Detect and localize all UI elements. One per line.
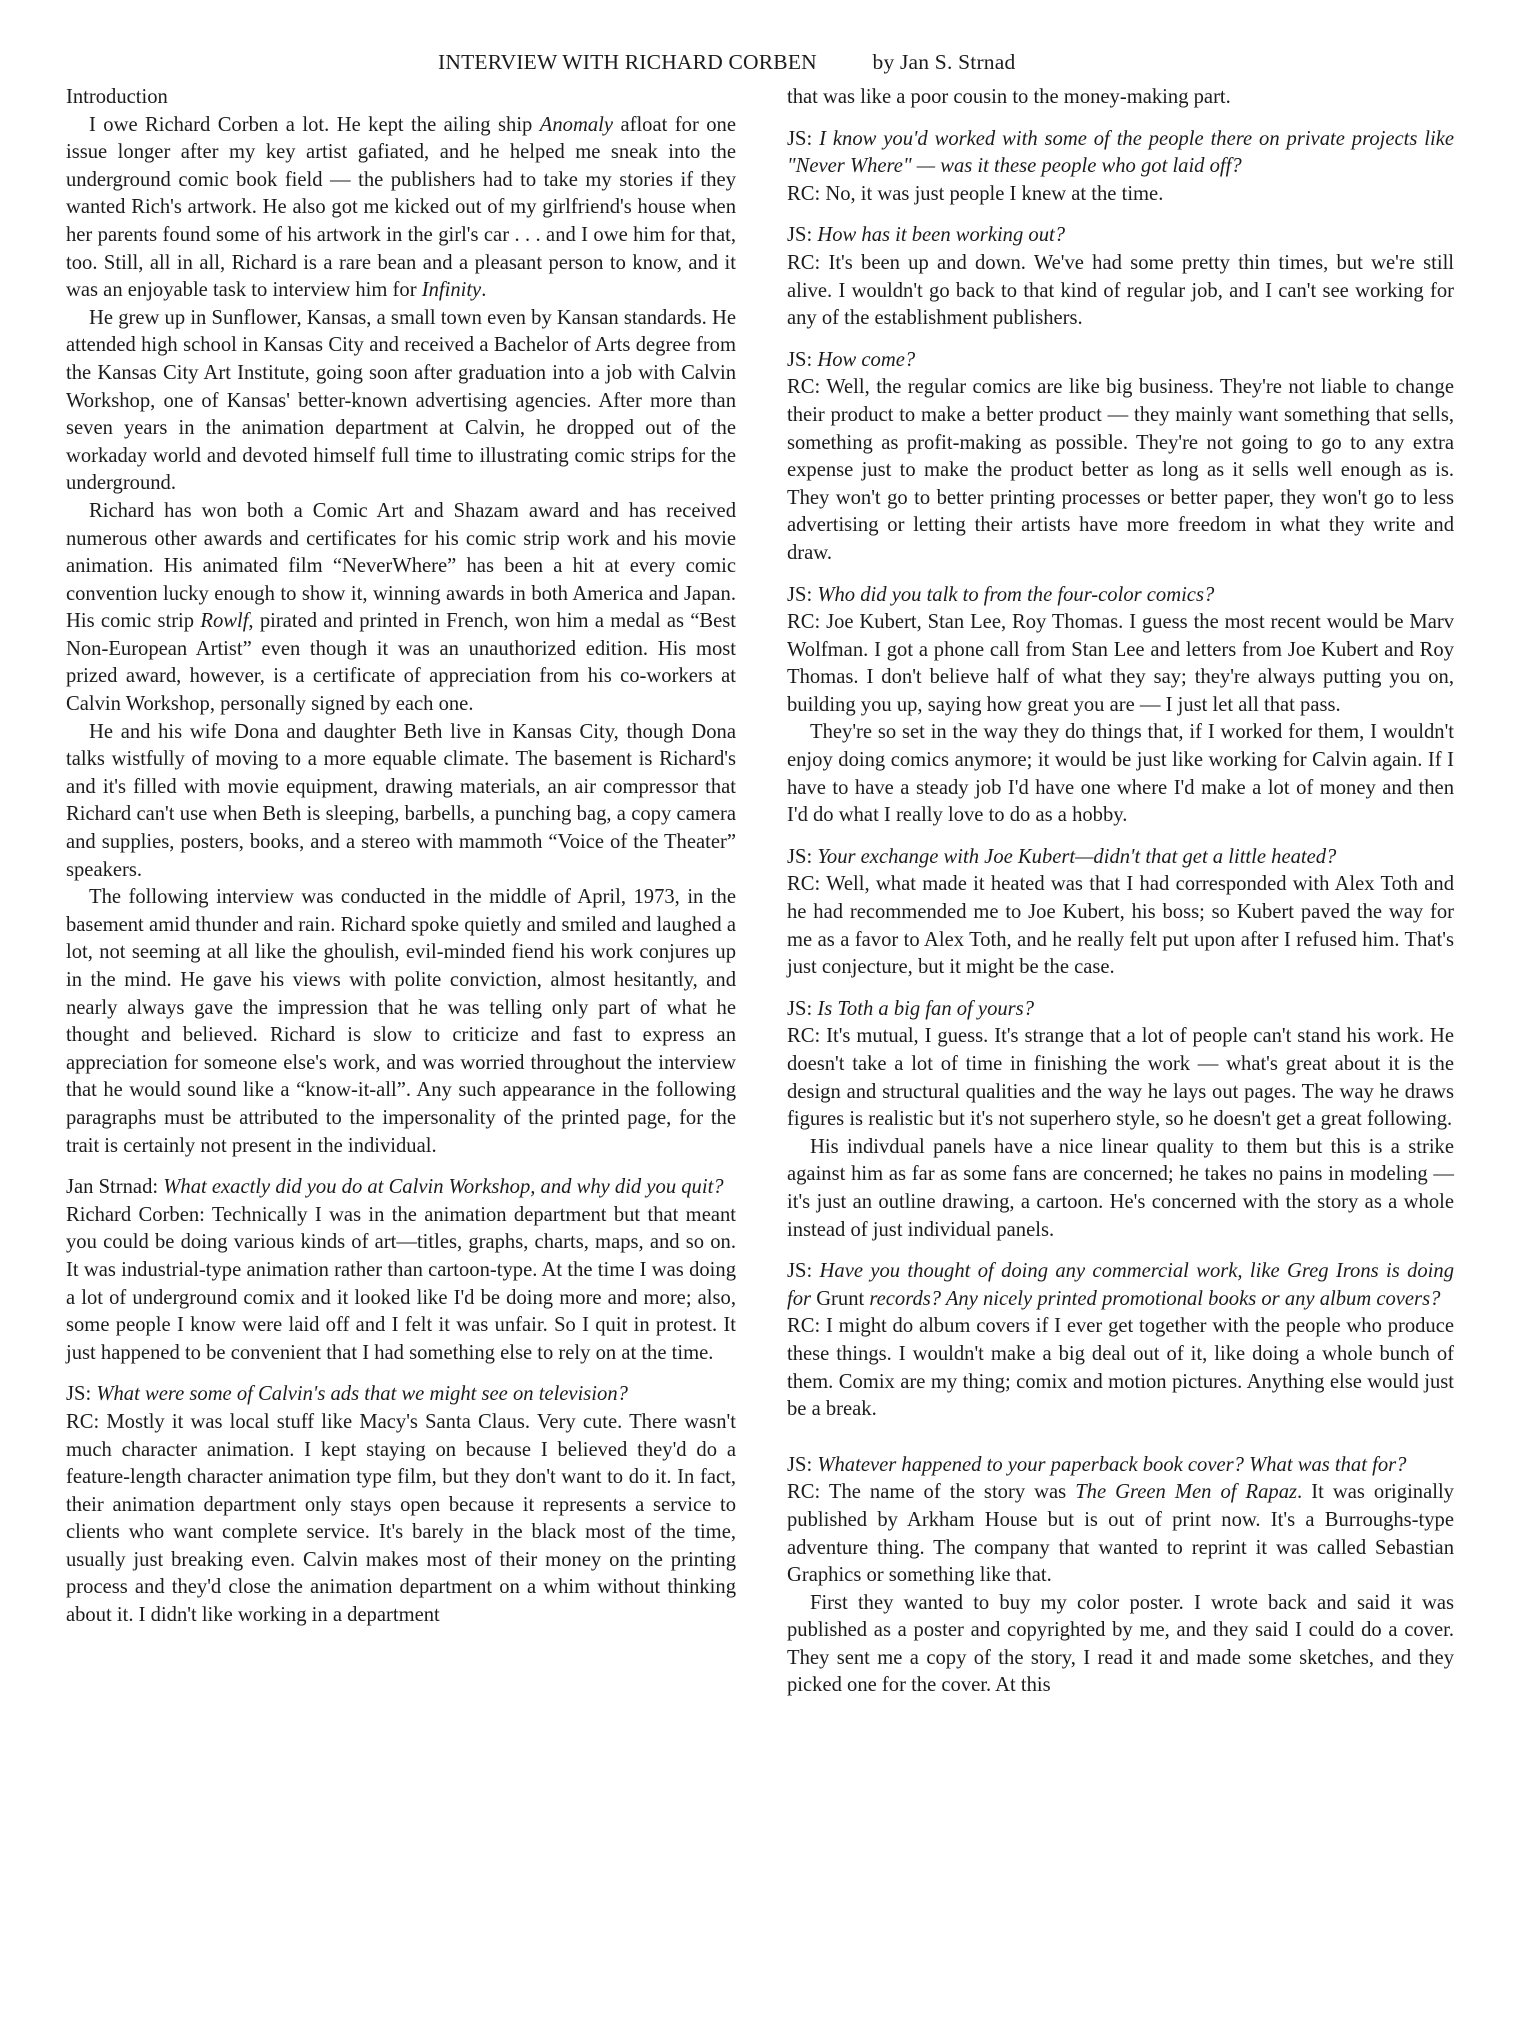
question-text: How has it been working out? — [817, 224, 1065, 246]
answer-text: I might do album covers if I ever get to… — [787, 1315, 1454, 1420]
answer: RC: Joe Kubert, Stan Lee, Roy Thomas. I … — [787, 609, 1454, 719]
answer-text: Mostly it was local stuff like Macy's Sa… — [66, 1411, 736, 1626]
answer: RC: It's mutual, I guess. It's strange t… — [787, 1023, 1454, 1133]
answer: RC: I might do album covers if I ever ge… — [787, 1313, 1454, 1423]
answer-text: Technically I was in the animation depar… — [66, 1204, 736, 1364]
speaker-label: RC: — [787, 1025, 826, 1047]
question-text: Who did you talk to from the four-color … — [817, 584, 1214, 606]
question-text: Is Toth a big fan of yours? — [817, 998, 1034, 1020]
speaker-label: JS: — [787, 1260, 820, 1282]
article-byline: by Jan S. Strnad — [873, 50, 1016, 75]
answer: RC: Mostly it was local stuff like Macy'… — [66, 1409, 736, 1630]
speaker-label: Jan Strnad: — [66, 1176, 163, 1198]
speaker-label: RC: — [66, 1411, 106, 1433]
qa-block: JS: How come? RC: Well, the regular comi… — [787, 347, 1454, 568]
question: JS: Is Toth a big fan of yours? — [787, 996, 1454, 1024]
qa-block: JS: How has it been working out? RC: It'… — [787, 222, 1454, 332]
speaker-label: JS: — [787, 584, 817, 606]
question: JS: What were some of Calvin's ads that … — [66, 1381, 736, 1409]
speaker-label: RC: — [787, 611, 826, 633]
answer-text: The name of the story was — [829, 1481, 1075, 1503]
qa-block: Jan Strnad: What exactly did you do at C… — [66, 1174, 736, 1367]
question-text: How come? — [817, 349, 915, 371]
question-text: I know you'd worked with some of the peo… — [787, 128, 1454, 178]
continued-answer: that was like a poor cousin to the money… — [787, 84, 1454, 112]
answer: Richard Corben: Technically I was in the… — [66, 1202, 736, 1368]
speaker-label: JS: — [787, 224, 817, 246]
speaker-label: RC: — [787, 873, 826, 895]
question-text: Whatever happened to your paperback book… — [817, 1454, 1406, 1476]
left-column: Introduction I owe Richard Corben a lot.… — [66, 84, 736, 1630]
question: JS: How come? — [787, 347, 1454, 375]
speaker-label: RC: — [787, 252, 828, 274]
question-text: What exactly did you do at Calvin Worksh… — [163, 1176, 723, 1198]
answer: RC: Well, what made it heated was that I… — [787, 871, 1454, 981]
question-text-roman: Grunt — [816, 1288, 864, 1310]
intro-paragraph: I owe Richard Corben a lot. He kept the … — [66, 112, 736, 305]
answer-text: No, it was just people I knew at the tim… — [825, 183, 1163, 205]
question: JS: I know you'd worked with some of the… — [787, 126, 1454, 181]
qa-block: JS: Whatever happened to your paperback … — [787, 1452, 1454, 1700]
answer: RC: No, it was just people I knew at the… — [787, 181, 1454, 209]
qa-block: JS: What were some of Calvin's ads that … — [66, 1381, 736, 1629]
answer: RC: The name of the story was The Green … — [787, 1479, 1454, 1589]
speaker-label: RC: — [787, 183, 825, 205]
question: JS: How has it been working out? — [787, 222, 1454, 250]
question-text: Your exchange with Joe Kubert—didn't tha… — [817, 846, 1336, 868]
intro-paragraph: He and his wife Dona and daughter Beth l… — [66, 719, 736, 885]
qa-block: JS: Your exchange with Joe Kubert—didn't… — [787, 844, 1454, 982]
answer-continuation: His indivdual panels have a nice linear … — [787, 1134, 1454, 1244]
answer-text: Well, what made it heated was that I had… — [787, 873, 1454, 978]
article-header: INTERVIEW WITH RICHARD CORBEN by Jan S. … — [438, 50, 1015, 75]
text-run: . — [481, 279, 486, 301]
answer: RC: It's been up and down. We've had som… — [787, 250, 1454, 333]
question: JS: Whatever happened to your paperback … — [787, 1452, 1454, 1480]
answer-continuation: First they wanted to buy my color poster… — [787, 1590, 1454, 1700]
publication-title: Infinity — [422, 279, 481, 301]
speaker-label: RC: — [787, 376, 826, 398]
answer-text: Well, the regular comics are like big bu… — [787, 376, 1454, 564]
question-text: What were some of Calvin's ads that we m… — [96, 1383, 628, 1405]
answer-text: It's been up and down. We've had some pr… — [787, 252, 1454, 329]
speaker-label: JS: — [66, 1383, 96, 1405]
question-text: records? Any nicely printed promotional … — [864, 1288, 1440, 1310]
article-title: INTERVIEW WITH RICHARD CORBEN — [438, 50, 817, 75]
intro-paragraph: The following interview was conducted in… — [66, 884, 736, 1160]
publication-title: Rowlf — [200, 610, 248, 632]
intro-paragraph: He grew up in Sunflower, Kansas, a small… — [66, 305, 736, 498]
section-heading-introduction: Introduction — [66, 84, 736, 112]
speaker-label: RC: — [787, 1481, 829, 1503]
qa-block: JS: Have you thought of doing any commer… — [787, 1258, 1454, 1424]
speaker-label: JS: — [787, 349, 817, 371]
qa-block: JS: Is Toth a big fan of yours? RC: It's… — [787, 996, 1454, 1244]
text-run: I owe Richard Corben a lot. He kept the … — [89, 114, 540, 136]
text-run: afloat for one issue longer after my key… — [66, 114, 736, 302]
answer-text: It's mutual, I guess. It's strange that … — [787, 1025, 1454, 1130]
speaker-label: RC: — [787, 1315, 826, 1337]
story-title: The Green Men of Rapaz — [1075, 1481, 1297, 1503]
speaker-label: JS: — [787, 998, 817, 1020]
question: JS: Who did you talk to from the four-co… — [787, 582, 1454, 610]
speaker-label: JS: — [787, 128, 819, 150]
question: Jan Strnad: What exactly did you do at C… — [66, 1174, 736, 1202]
qa-block: JS: I know you'd worked with some of the… — [787, 126, 1454, 209]
right-column: that was like a poor cousin to the money… — [787, 84, 1454, 1700]
speaker-label: JS: — [787, 846, 817, 868]
answer-text: Joe Kubert, Stan Lee, Roy Thomas. I gues… — [787, 611, 1454, 716]
publication-title: Anomaly — [540, 114, 613, 136]
intro-paragraph: Richard has won both a Comic Art and Sha… — [66, 498, 736, 719]
speaker-label: JS: — [787, 1454, 817, 1476]
speaker-label: Richard Corben: — [66, 1204, 212, 1226]
question: JS: Have you thought of doing any commer… — [787, 1258, 1454, 1313]
qa-block: JS: Who did you talk to from the four-co… — [787, 582, 1454, 830]
answer: RC: Well, the regular comics are like bi… — [787, 374, 1454, 567]
answer-continuation: They're so set in the way they do things… — [787, 719, 1454, 829]
question: JS: Your exchange with Joe Kubert—didn't… — [787, 844, 1454, 872]
